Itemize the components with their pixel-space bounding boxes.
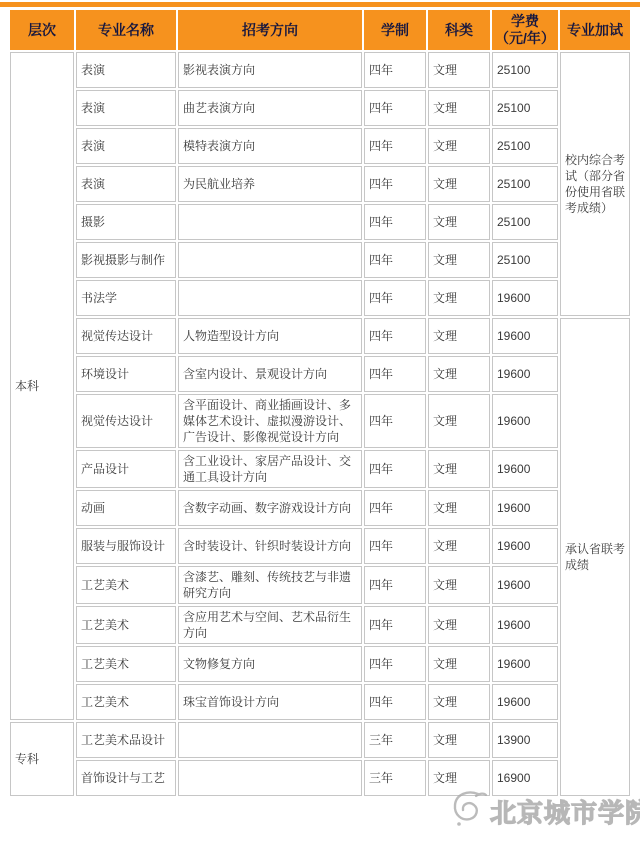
fee-cell: 19600	[492, 280, 558, 316]
major-cell: 工艺美术品设计	[76, 722, 176, 758]
major-cell: 动画	[76, 490, 176, 526]
fee-cell: 19600	[492, 646, 558, 682]
table-row: 首饰设计与工艺三年文理16900	[10, 760, 630, 796]
direction-cell: 珠宝首饰设计方向	[178, 684, 362, 720]
column-header-1: 专业名称	[76, 10, 176, 50]
direction-cell	[178, 280, 362, 316]
fee-cell: 25100	[492, 90, 558, 126]
table-row: 摄影四年文理25100	[10, 204, 630, 240]
major-cell: 表演	[76, 90, 176, 126]
duration-cell: 四年	[364, 566, 426, 604]
fee-cell: 16900	[492, 760, 558, 796]
major-cell: 首饰设计与工艺	[76, 760, 176, 796]
category-cell: 文理	[428, 528, 490, 564]
table-row: 工艺美术珠宝首饰设计方向四年文理19600	[10, 684, 630, 720]
category-cell: 文理	[428, 722, 490, 758]
direction-cell: 为民航业培养	[178, 166, 362, 202]
table-row: 影视摄影与制作四年文理25100	[10, 242, 630, 278]
table-row: 表演曲艺表演方向四年文理25100	[10, 90, 630, 126]
fee-cell: 13900	[492, 722, 558, 758]
duration-cell: 四年	[364, 204, 426, 240]
direction-cell	[178, 204, 362, 240]
major-cell: 表演	[76, 52, 176, 88]
category-cell: 文理	[428, 204, 490, 240]
direction-cell: 文物修复方向	[178, 646, 362, 682]
top-divider	[0, 2, 640, 7]
category-cell: 文理	[428, 566, 490, 604]
table-row: 本科表演影视表演方向四年文理25100校内综合考试（部分省份使用省联考成绩）	[10, 52, 630, 88]
table-row: 专科工艺美术品设计三年文理13900	[10, 722, 630, 758]
duration-cell: 四年	[364, 684, 426, 720]
fee-cell: 19600	[492, 528, 558, 564]
category-cell: 文理	[428, 280, 490, 316]
exam-note-cell: 校内综合考试（部分省份使用省联考成绩）	[560, 52, 630, 316]
category-cell: 文理	[428, 52, 490, 88]
fee-cell: 25100	[492, 242, 558, 278]
category-cell: 文理	[428, 166, 490, 202]
fee-cell: 19600	[492, 566, 558, 604]
table-row: 表演为民航业培养四年文理25100	[10, 166, 630, 202]
duration-cell: 四年	[364, 242, 426, 278]
fee-cell: 19600	[492, 490, 558, 526]
fee-cell: 19600	[492, 606, 558, 644]
major-cell: 工艺美术	[76, 566, 176, 604]
table-row: 服装与服饰设计含时装设计、针织时装设计方向四年文理19600	[10, 528, 630, 564]
direction-cell: 含漆艺、雕刻、传统技艺与非遗研究方向	[178, 566, 362, 604]
direction-cell: 影视表演方向	[178, 52, 362, 88]
table-row: 工艺美术文物修复方向四年文理19600	[10, 646, 630, 682]
major-cell: 视觉传达设计	[76, 394, 176, 448]
category-cell: 文理	[428, 90, 490, 126]
category-cell: 文理	[428, 242, 490, 278]
major-cell: 工艺美术	[76, 684, 176, 720]
duration-cell: 四年	[364, 128, 426, 164]
category-cell: 文理	[428, 760, 490, 796]
major-cell: 工艺美术	[76, 606, 176, 644]
major-cell: 表演	[76, 166, 176, 202]
major-cell: 书法学	[76, 280, 176, 316]
table-row: 工艺美术含漆艺、雕刻、传统技艺与非遗研究方向四年文理19600	[10, 566, 630, 604]
level-cell: 本科	[10, 52, 74, 720]
duration-cell: 三年	[364, 760, 426, 796]
category-cell: 文理	[428, 684, 490, 720]
category-cell: 文理	[428, 356, 490, 392]
fee-cell: 25100	[492, 204, 558, 240]
column-header-4: 科类	[428, 10, 490, 50]
fee-cell: 25100	[492, 128, 558, 164]
column-header-5: 学费（元/年）	[492, 10, 558, 50]
direction-cell: 模特表演方向	[178, 128, 362, 164]
direction-cell: 含应用艺术与空间、艺术品衍生方向	[178, 606, 362, 644]
admissions-table: 层次专业名称招考方向学制科类学费（元/年）专业加试 本科表演影视表演方向四年文理…	[8, 8, 632, 798]
direction-cell	[178, 760, 362, 796]
category-cell: 文理	[428, 318, 490, 354]
column-header-2: 招考方向	[178, 10, 362, 50]
duration-cell: 四年	[364, 490, 426, 526]
direction-cell: 含平面设计、商业插画设计、多媒体艺术设计、虚拟漫游设计、广告设计、影像视觉设计方…	[178, 394, 362, 448]
exam-note-cell: 承认省联考成绩	[560, 318, 630, 796]
category-cell: 文理	[428, 646, 490, 682]
table-row: 产品设计含工业设计、家居产品设计、交通工具设计方向四年文理19600	[10, 450, 630, 488]
duration-cell: 四年	[364, 646, 426, 682]
major-cell: 服装与服饰设计	[76, 528, 176, 564]
duration-cell: 四年	[364, 318, 426, 354]
duration-cell: 四年	[364, 280, 426, 316]
fee-cell: 19600	[492, 394, 558, 448]
category-cell: 文理	[428, 394, 490, 448]
category-cell: 文理	[428, 450, 490, 488]
header-row: 层次专业名称招考方向学制科类学费（元/年）专业加试	[10, 10, 630, 50]
major-cell: 摄影	[76, 204, 176, 240]
category-cell: 文理	[428, 606, 490, 644]
major-cell: 环境设计	[76, 356, 176, 392]
direction-cell: 曲艺表演方向	[178, 90, 362, 126]
table-row: 工艺美术含应用艺术与空间、艺术品衍生方向四年文理19600	[10, 606, 630, 644]
direction-cell: 含时装设计、针织时装设计方向	[178, 528, 362, 564]
level-cell: 专科	[10, 722, 74, 796]
fee-cell: 25100	[492, 52, 558, 88]
table-row: 视觉传达设计人物造型设计方向四年文理19600承认省联考成绩	[10, 318, 630, 354]
direction-cell: 含室内设计、景观设计方向	[178, 356, 362, 392]
table-row: 表演模特表演方向四年文理25100	[10, 128, 630, 164]
major-cell: 表演	[76, 128, 176, 164]
direction-cell: 人物造型设计方向	[178, 318, 362, 354]
duration-cell: 四年	[364, 394, 426, 448]
major-cell: 视觉传达设计	[76, 318, 176, 354]
watermark-text: 北京城市学院	[490, 793, 640, 830]
duration-cell: 三年	[364, 722, 426, 758]
duration-cell: 四年	[364, 90, 426, 126]
table-row: 动画含数字动画、数字游戏设计方向四年文理19600	[10, 490, 630, 526]
table-row: 视觉传达设计含平面设计、商业插画设计、多媒体艺术设计、虚拟漫游设计、广告设计、影…	[10, 394, 630, 448]
fee-cell: 19600	[492, 356, 558, 392]
duration-cell: 四年	[364, 356, 426, 392]
category-cell: 文理	[428, 490, 490, 526]
duration-cell: 四年	[364, 606, 426, 644]
major-cell: 影视摄影与制作	[76, 242, 176, 278]
fee-cell: 25100	[492, 166, 558, 202]
fee-cell: 19600	[492, 684, 558, 720]
column-header-6: 专业加试	[560, 10, 630, 50]
direction-cell	[178, 242, 362, 278]
fee-cell: 19600	[492, 450, 558, 488]
column-header-0: 层次	[10, 10, 74, 50]
direction-cell	[178, 722, 362, 758]
major-cell: 产品设计	[76, 450, 176, 488]
duration-cell: 四年	[364, 52, 426, 88]
direction-cell: 含数字动画、数字游戏设计方向	[178, 490, 362, 526]
duration-cell: 四年	[364, 166, 426, 202]
major-cell: 工艺美术	[76, 646, 176, 682]
fee-cell: 19600	[492, 318, 558, 354]
column-header-3: 学制	[364, 10, 426, 50]
direction-cell: 含工业设计、家居产品设计、交通工具设计方向	[178, 450, 362, 488]
table-row: 书法学四年文理19600	[10, 280, 630, 316]
duration-cell: 四年	[364, 528, 426, 564]
table-row: 环境设计含室内设计、景观设计方向四年文理19600	[10, 356, 630, 392]
duration-cell: 四年	[364, 450, 426, 488]
category-cell: 文理	[428, 128, 490, 164]
table-body: 本科表演影视表演方向四年文理25100校内综合考试（部分省份使用省联考成绩）表演…	[10, 52, 630, 796]
